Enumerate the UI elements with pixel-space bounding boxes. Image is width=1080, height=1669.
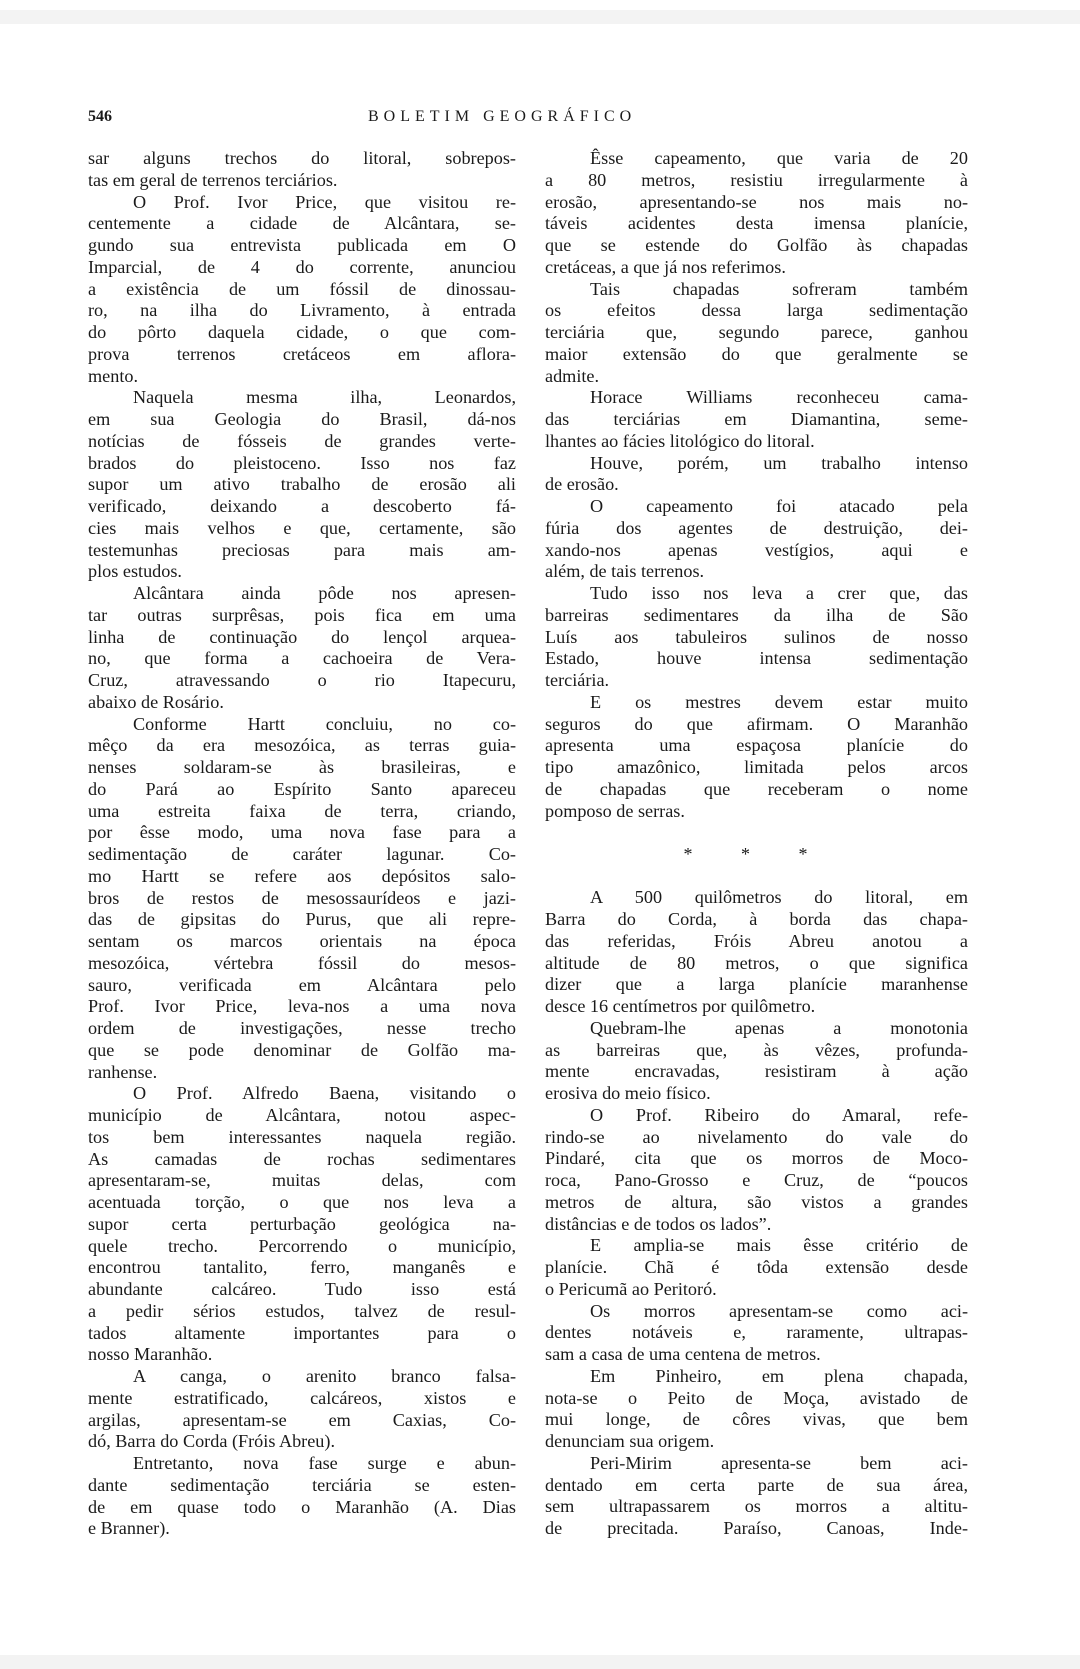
running-head: BOLETIM GEOGRÁFICO [368,108,636,126]
text-line: o Pericumã ao Peritoró. [545,1279,968,1301]
text-line: Prof. Ivor Price, leva-nos a uma nova [88,996,516,1018]
text-line: Peri-Mirim apresenta-se bem aci- [545,1453,968,1475]
text-line: centemente a cidade de Alcântara, se- [88,213,516,235]
text-line: O Prof. Alfredo Baena, visitando o [88,1083,516,1105]
text-line: a 80 metros, resistiu irregularmente à [545,170,968,192]
text-line: do Pará ao Espírito Santo apareceu [88,779,516,801]
text-line: Quebram-lhe apenas a monotonia [545,1018,968,1040]
text-line: maior extensão do que geralmente se [545,344,968,366]
section-separator: * * * [545,822,968,887]
text-line: tar outras surprêsas, pois fica em uma [88,605,516,627]
text-line: nosso Maranhão. [88,1344,516,1366]
text-line: roca, Pano-Grosso e Cruz, de “poucos [545,1170,968,1192]
text-line: sedimentação de caráter lagunar. Co- [88,844,516,866]
text-line: Horace Williams reconheceu cama- [545,387,968,409]
text-line: das de gipsitas do Purus, que ali repre- [88,909,516,931]
text-line: apresenta uma espaçosa planície do [545,735,968,757]
text-line: do pôrto daquela cidade, o que com- [88,322,516,344]
text-line: apresentaram-se, muitas delas, com [88,1170,516,1192]
text-line: lhantes ao fácies litológico do litoral. [545,431,968,453]
text-line: mente encravadas, resistiram à ação [545,1061,968,1083]
text-line: tos bem interessantes naquela região. [88,1127,516,1149]
text-line: distâncias e de todos os lados”. [545,1214,968,1236]
text-line: terciária que, segundo parece, ganhou [545,322,968,344]
text-line: cies mais velhos e que, certamente, são [88,518,516,540]
text-line: supor certa perturbação geológica na- [88,1214,516,1236]
text-line: nota-se o Peito de Moça, avistado de [545,1388,968,1410]
text-line: barreiras sedimentares da ilha de São [545,605,968,627]
text-line: desce 16 centímetros por quilômetro. [545,996,968,1018]
text-line: sentam os marcos orientais na época [88,931,516,953]
text-line: pomposo de serras. [545,801,968,823]
text-line: e Branner). [88,1518,516,1540]
text-line: prova terrenos cretáceos em aflora- [88,344,516,366]
text-line: Tudo isso nos leva a crer que, das [545,583,968,605]
text-line: uma estreita faixa de terra, criando, [88,801,516,823]
text-line: seguros do que afirmam. O Maranhão [545,714,968,736]
left-text-column: sar alguns trechos do litoral, sobrepos-… [88,148,516,1540]
text-line: quele trecho. Percorrendo o município, [88,1236,516,1258]
text-line: Naquela mesma ilha, Leonardos, [88,387,516,409]
text-line: abundante calcáreo. Tudo isso está [88,1279,516,1301]
text-line: sem ultrapassarem os morros a altitu- [545,1496,968,1518]
text-line: Barra do Corda, à borda das chapa- [545,909,968,931]
text-line: Luís aos tabuleiros sulinos de nosso [545,627,968,649]
text-line: município de Alcântara, notou aspec- [88,1105,516,1127]
text-line: mêço da era mesozóica, as terras guia- [88,735,516,757]
text-line: acentuada torção, o que nos leva a [88,1192,516,1214]
text-line: erosiva do meio físico. [545,1083,968,1105]
text-line: dante sedimentação terciária se esten- [88,1475,516,1497]
right-text-column: Êsse capeamento, que varia de 20a 80 met… [545,148,968,1540]
text-line: denunciam sua origem. [545,1431,968,1453]
text-line: Entretanto, nova fase surge e abun- [88,1453,516,1475]
text-line: admite. [545,366,968,388]
text-line: além, de tais terrenos. [545,561,968,583]
text-line: tas em geral de terrenos terciários. [88,170,516,192]
text-line: mui longe, de côres vivas, que bem [545,1409,968,1431]
text-line: mesozóica, vértebra fóssil do mesos- [88,953,516,975]
text-line: planície. Chã é tôda extensão desde [545,1257,968,1279]
text-line: Êsse capeamento, que varia de 20 [545,148,968,170]
text-line: linha de continuação do lençol arquea- [88,627,516,649]
text-line: E amplia-se mais êsse critério de [545,1235,968,1257]
text-line: sar alguns trechos do litoral, sobrepos- [88,148,516,170]
text-line: em sua Geologia do Brasil, dá-nos [88,409,516,431]
text-line: O Prof. Ribeiro do Amaral, refe- [545,1105,968,1127]
text-line: Tais chapadas sofreram também [545,279,968,301]
text-line: das referidas, Fróis Abreu anotou a [545,931,968,953]
text-line: bros de restos de mesossaurídeos e jazi- [88,888,516,910]
text-line: plos estudos. [88,561,516,583]
text-line: cretáceas, a que já nos referimos. [545,257,968,279]
text-line: notícias de fósseis de grandes verte- [88,431,516,453]
text-line: tipo amazônico, limitada pelos arcos [545,757,968,779]
text-line: mento. [88,366,516,388]
text-line: ro, na ilha do Livramento, à entrada [88,300,516,322]
text-line: de chapadas que receberam o nome [545,779,968,801]
text-line: gundo sua entrevista publicada em O [88,235,516,257]
text-line: os efeitos dessa larga sedimentação [545,300,968,322]
text-line: altitude de 80 metros, o que significa [545,953,968,975]
text-line: Imparcial, de 4 do corrente, anunciou [88,257,516,279]
text-line: dizer que a larga planície maranhense [545,974,968,996]
text-line: dentado em certa parte de sua área, [545,1475,968,1497]
text-line: supor um ativo trabalho de erosão ali [88,474,516,496]
text-line: mo Hartt se refere aos depósitos salo- [88,866,516,888]
text-line: brados do pleistoceno. Isso nos faz [88,453,516,475]
text-line: encontrou tantalito, ferro, manganês e [88,1257,516,1279]
text-line: tados altamente importantes para o [88,1323,516,1345]
text-line: terciária. [545,670,968,692]
text-line: de em quase todo o Maranhão (A. Dias [88,1497,516,1519]
text-line: no, que forma a cachoeira de Vera- [88,648,516,670]
text-line: O Prof. Ivor Price, que visitou re- [88,192,516,214]
text-line: argilas, apresentam-se em Caxias, Co- [88,1410,516,1432]
text-line: Cruz, atravessando o rio Itapecuru, [88,670,516,692]
text-line: ordem de investigações, nesse trecho [88,1018,516,1040]
text-line: nenses soldaram-se às brasileiras, e [88,757,516,779]
text-line: Estado, houve intensa sedimentação [545,648,968,670]
text-line: sam a casa de uma centena de metros. [545,1344,968,1366]
text-line: das terciárias em Diamantina, seme- [545,409,968,431]
text-line: mente estratificado, calcáreos, xistos e [88,1388,516,1410]
text-line: As camadas de rochas sedimentares [88,1149,516,1171]
text-line: de erosão. [545,474,968,496]
text-line: O capeamento foi atacado pela [545,496,968,518]
text-line: Pindaré, cita que os morros de Moco- [545,1148,968,1170]
text-line: verificado, deixando a descoberto fá- [88,496,516,518]
page-number: 546 [88,108,112,126]
text-line: sauro, verificada em Alcântara pelo [88,975,516,997]
text-line: E os mestres devem estar muito [545,692,968,714]
text-line: xando-nos apenas vestígios, aqui e [545,540,968,562]
text-line: A canga, o arenito branco falsa- [88,1366,516,1388]
text-line: ranhense. [88,1062,516,1084]
text-line: fúria dos agentes de destruição, dei- [545,518,968,540]
text-line: testemunhas preciosas para mais am- [88,540,516,562]
text-line: abaixo de Rosário. [88,692,516,714]
text-line: dó, Barra do Corda (Fróis Abreu). [88,1431,516,1453]
text-line: Os morros apresentam-se como aci- [545,1301,968,1323]
text-line: táveis acidentes desta imensa planície, [545,213,968,235]
text-line: Conforme Hartt concluiu, no co- [88,714,516,736]
text-line: que se estende do Golfão às chapadas [545,235,968,257]
text-line: Houve, porém, um trabalho intenso [545,453,968,475]
text-line: de precitada. Paraíso, Canoas, Inde- [545,1518,968,1540]
text-line: rindo-se ao nivelamento do vale do [545,1127,968,1149]
viewer-bottom-strip [0,1655,1080,1669]
text-line: metros de altura, são vistos a grandes [545,1192,968,1214]
text-line: a pedir sérios estudos, talvez de resul- [88,1301,516,1323]
text-line: as barreiras que, às vêzes, profunda- [545,1040,968,1062]
text-line: A 500 quilômetros do litoral, em [545,887,968,909]
viewer-top-strip [0,10,1080,24]
text-line: Alcântara ainda pôde nos apresen- [88,583,516,605]
text-line: que se pode denominar de Golfão ma- [88,1040,516,1062]
text-line: por êsse modo, uma nova fase para a [88,822,516,844]
text-line: a existência de um fóssil de dinossau- [88,279,516,301]
text-line: Em Pinheiro, em plena chapada, [545,1366,968,1388]
text-line: erosão, apresentando-se nos mais no- [545,192,968,214]
text-line: dentes notáveis e, raramente, ultrapas- [545,1322,968,1344]
